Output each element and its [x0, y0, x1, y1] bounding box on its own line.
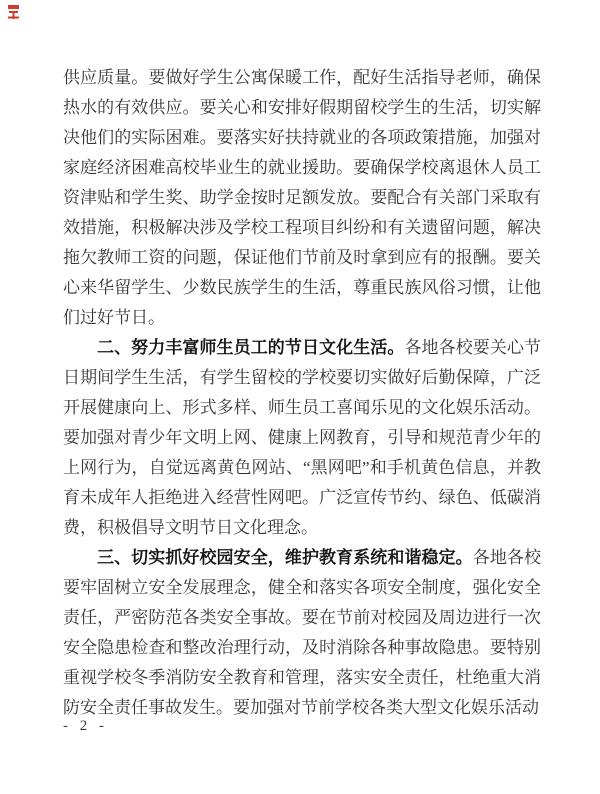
- paragraph-heading: 三、切实抓好校园安全，维护教育系统和谐稳定。: [97, 548, 473, 567]
- paragraph-text: 各地各校要牢固树立安全发展理念，健全和落实各项安全制度，强化安全责任，严密防范各…: [63, 548, 541, 717]
- document-body: 供应质量。要做好学生公寓保暖工作，配好生活指导老师，确保热水的有效供应。要关心和…: [63, 63, 541, 723]
- paragraph: 三、切实抓好校园安全，维护教育系统和谐稳定。各地各校要牢固树立安全发展理念，健全…: [63, 543, 541, 723]
- paragraph-text: 供应质量。要做好学生公寓保暖工作，配好生活指导老师，确保热水的有效供应。要关心和…: [63, 68, 541, 327]
- paragraph: 二、努力丰富师生员工的节日文化生活。各地各校要关心节日期间学生生活，有学生留校的…: [63, 333, 541, 543]
- paragraph-heading: 二、努力丰富师生员工的节日文化生活。: [97, 338, 404, 357]
- red-stamp-icon: [7, 4, 20, 19]
- paragraph: 供应质量。要做好学生公寓保暖工作，配好生活指导老师，确保热水的有效供应。要关心和…: [63, 63, 541, 333]
- paragraph-text: 各地各校要关心节日期间学生生活，有学生留校的学校要切实做好后勤保障，广泛开展健康…: [63, 338, 541, 537]
- page-number: - 2 -: [63, 718, 108, 734]
- document-page: 供应质量。要做好学生公寓保暖工作，配好生活指导老师，确保热水的有效供应。要关心和…: [0, 0, 600, 794]
